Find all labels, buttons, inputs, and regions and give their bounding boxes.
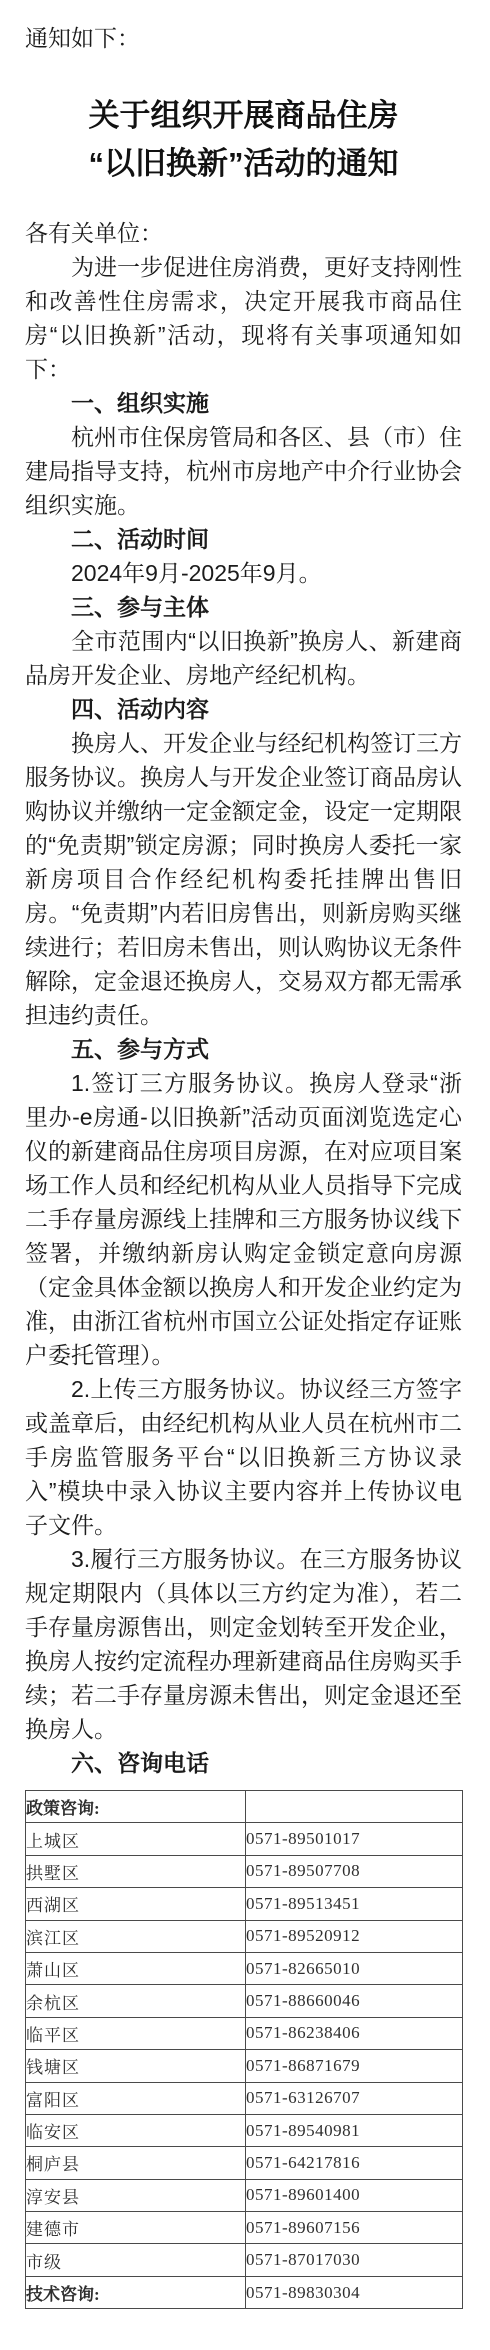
table-header-row: 政策咨询: — [26, 1791, 463, 1823]
table-row: 桐庐县0571-64217816 — [26, 2147, 463, 2179]
intro-line: 通知如下： — [25, 21, 462, 55]
table-row: 滨江区0571-89520912 — [26, 1920, 463, 1952]
notice-title-line: “以旧换新”活动的通知 — [25, 140, 462, 188]
section-heading: 一、组织实施 — [25, 386, 462, 420]
district-cell: 萧山区 — [26, 1952, 246, 1984]
section-heading: 四、活动内容 — [25, 692, 462, 726]
body-paragraph: 3.履行三方服务协议。在三方服务协议规定期限内（具体以三方约定为准），若二手存量… — [25, 1542, 462, 1746]
district-cell: 钱塘区 — [26, 2050, 246, 2082]
phone-cell: 0571-89513451 — [246, 1888, 463, 1920]
table-row: 临安区0571-89540981 — [26, 2114, 463, 2146]
district-cell: 临安区 — [26, 2114, 246, 2146]
table-row: 西湖区0571-89513451 — [26, 1888, 463, 1920]
body-paragraph: 1.签订三方服务协议。换房人登录“浙里办-e房通-以旧换新”活动页面浏览选定心仪… — [25, 1066, 462, 1372]
table-row: 拱墅区0571-89507708 — [26, 1855, 463, 1887]
district-cell: 富阳区 — [26, 2082, 246, 2114]
table-row: 萧山区0571-82665010 — [26, 1952, 463, 1984]
district-cell: 余杭区 — [26, 1985, 246, 2017]
table-footer-row: 技术咨询:0571-89830304 — [26, 2276, 463, 2308]
notice-title: 关于组织开展商品住房“以旧换新”活动的通知 — [25, 92, 462, 188]
body-paragraph: 换房人、开发企业与经纪机构签订三方服务协议。换房人与开发企业签订商品房认购协议并… — [25, 726, 462, 1032]
section-heading: 三、参与主体 — [25, 590, 462, 624]
body-paragraph: 全市范围内“以旧换新”换房人、新建商品房开发企业、房地产经纪机构。 — [25, 624, 462, 692]
district-cell: 淳安县 — [26, 2179, 246, 2211]
phone-cell: 0571-89601400 — [246, 2179, 463, 2211]
district-cell: 临平区 — [26, 2017, 246, 2049]
body-paragraph: 杭州市住保房管局和各区、县（市）住建局指导支持，杭州市房地产中介行业协会组织实施… — [25, 420, 462, 522]
notice-document: 通知如下： 关于组织开展商品住房“以旧换新”活动的通知 各有关单位： 为进一步促… — [0, 0, 490, 2350]
district-cell: 桐庐县 — [26, 2147, 246, 2179]
phone-table: 政策咨询:上城区0571-89501017拱墅区0571-89507708西湖区… — [25, 1790, 463, 2309]
body-paragraph: 2.上传三方服务协议。协议经三方签字或盖章后，由经纪机构从业人员在杭州市二手房监… — [25, 1372, 462, 1542]
section-heading: 六、咨询电话 — [25, 1746, 462, 1780]
district-cell: 市级 — [26, 2244, 246, 2276]
district-cell: 上城区 — [26, 1823, 246, 1855]
phone-cell: 0571-89507708 — [246, 1855, 463, 1887]
district-cell: 滨江区 — [26, 1920, 246, 1952]
notice-body: 为进一步促进住房消费，更好支持刚性和改善性住房需求，决定开展我市商品住房“以旧换… — [25, 250, 462, 1780]
salutation: 各有关单位： — [25, 216, 462, 250]
table-row: 钱塘区0571-86871679 — [26, 2050, 463, 2082]
table-row: 余杭区0571-88660046 — [26, 1985, 463, 2017]
district-cell: 拱墅区 — [26, 1855, 246, 1887]
phone-cell: 0571-89607156 — [246, 2212, 463, 2244]
body-paragraph: 2024年9月-2025年9月。 — [25, 556, 462, 590]
table-row: 临平区0571-86238406 — [26, 2017, 463, 2049]
phone-cell: 0571-82665010 — [246, 1952, 463, 1984]
phone-cell: 0571-86238406 — [246, 2017, 463, 2049]
table-row: 市级0571-87017030 — [26, 2244, 463, 2276]
phone-cell: 0571-64217816 — [246, 2147, 463, 2179]
phone-cell: 0571-89520912 — [246, 1920, 463, 1952]
body-paragraph: 为进一步促进住房消费，更好支持刚性和改善性住房需求，决定开展我市商品住房“以旧换… — [25, 250, 462, 386]
phone-cell: 0571-63126707 — [246, 2082, 463, 2114]
notice-title-line: 关于组织开展商品住房 — [25, 92, 462, 140]
district-cell: 建德市 — [26, 2212, 246, 2244]
phone-cell: 0571-86871679 — [246, 2050, 463, 2082]
table-label-cell: 政策咨询: — [26, 1791, 246, 1823]
phone-cell: 0571-88660046 — [246, 1985, 463, 2017]
phone-cell: 0571-89540981 — [246, 2114, 463, 2146]
phone-cell: 0571-89830304 — [246, 2276, 463, 2308]
phone-cell: 0571-89501017 — [246, 1823, 463, 1855]
section-heading: 五、参与方式 — [25, 1032, 462, 1066]
table-label-cell: 技术咨询: — [26, 2276, 246, 2308]
table-row: 富阳区0571-63126707 — [26, 2082, 463, 2114]
table-row: 淳安县0571-89601400 — [26, 2179, 463, 2211]
table-row: 上城区0571-89501017 — [26, 1823, 463, 1855]
phone-cell: 0571-87017030 — [246, 2244, 463, 2276]
table-row: 建德市0571-89607156 — [26, 2212, 463, 2244]
district-cell: 西湖区 — [26, 1888, 246, 1920]
phone-cell — [246, 1791, 463, 1823]
section-heading: 二、活动时间 — [25, 522, 462, 556]
